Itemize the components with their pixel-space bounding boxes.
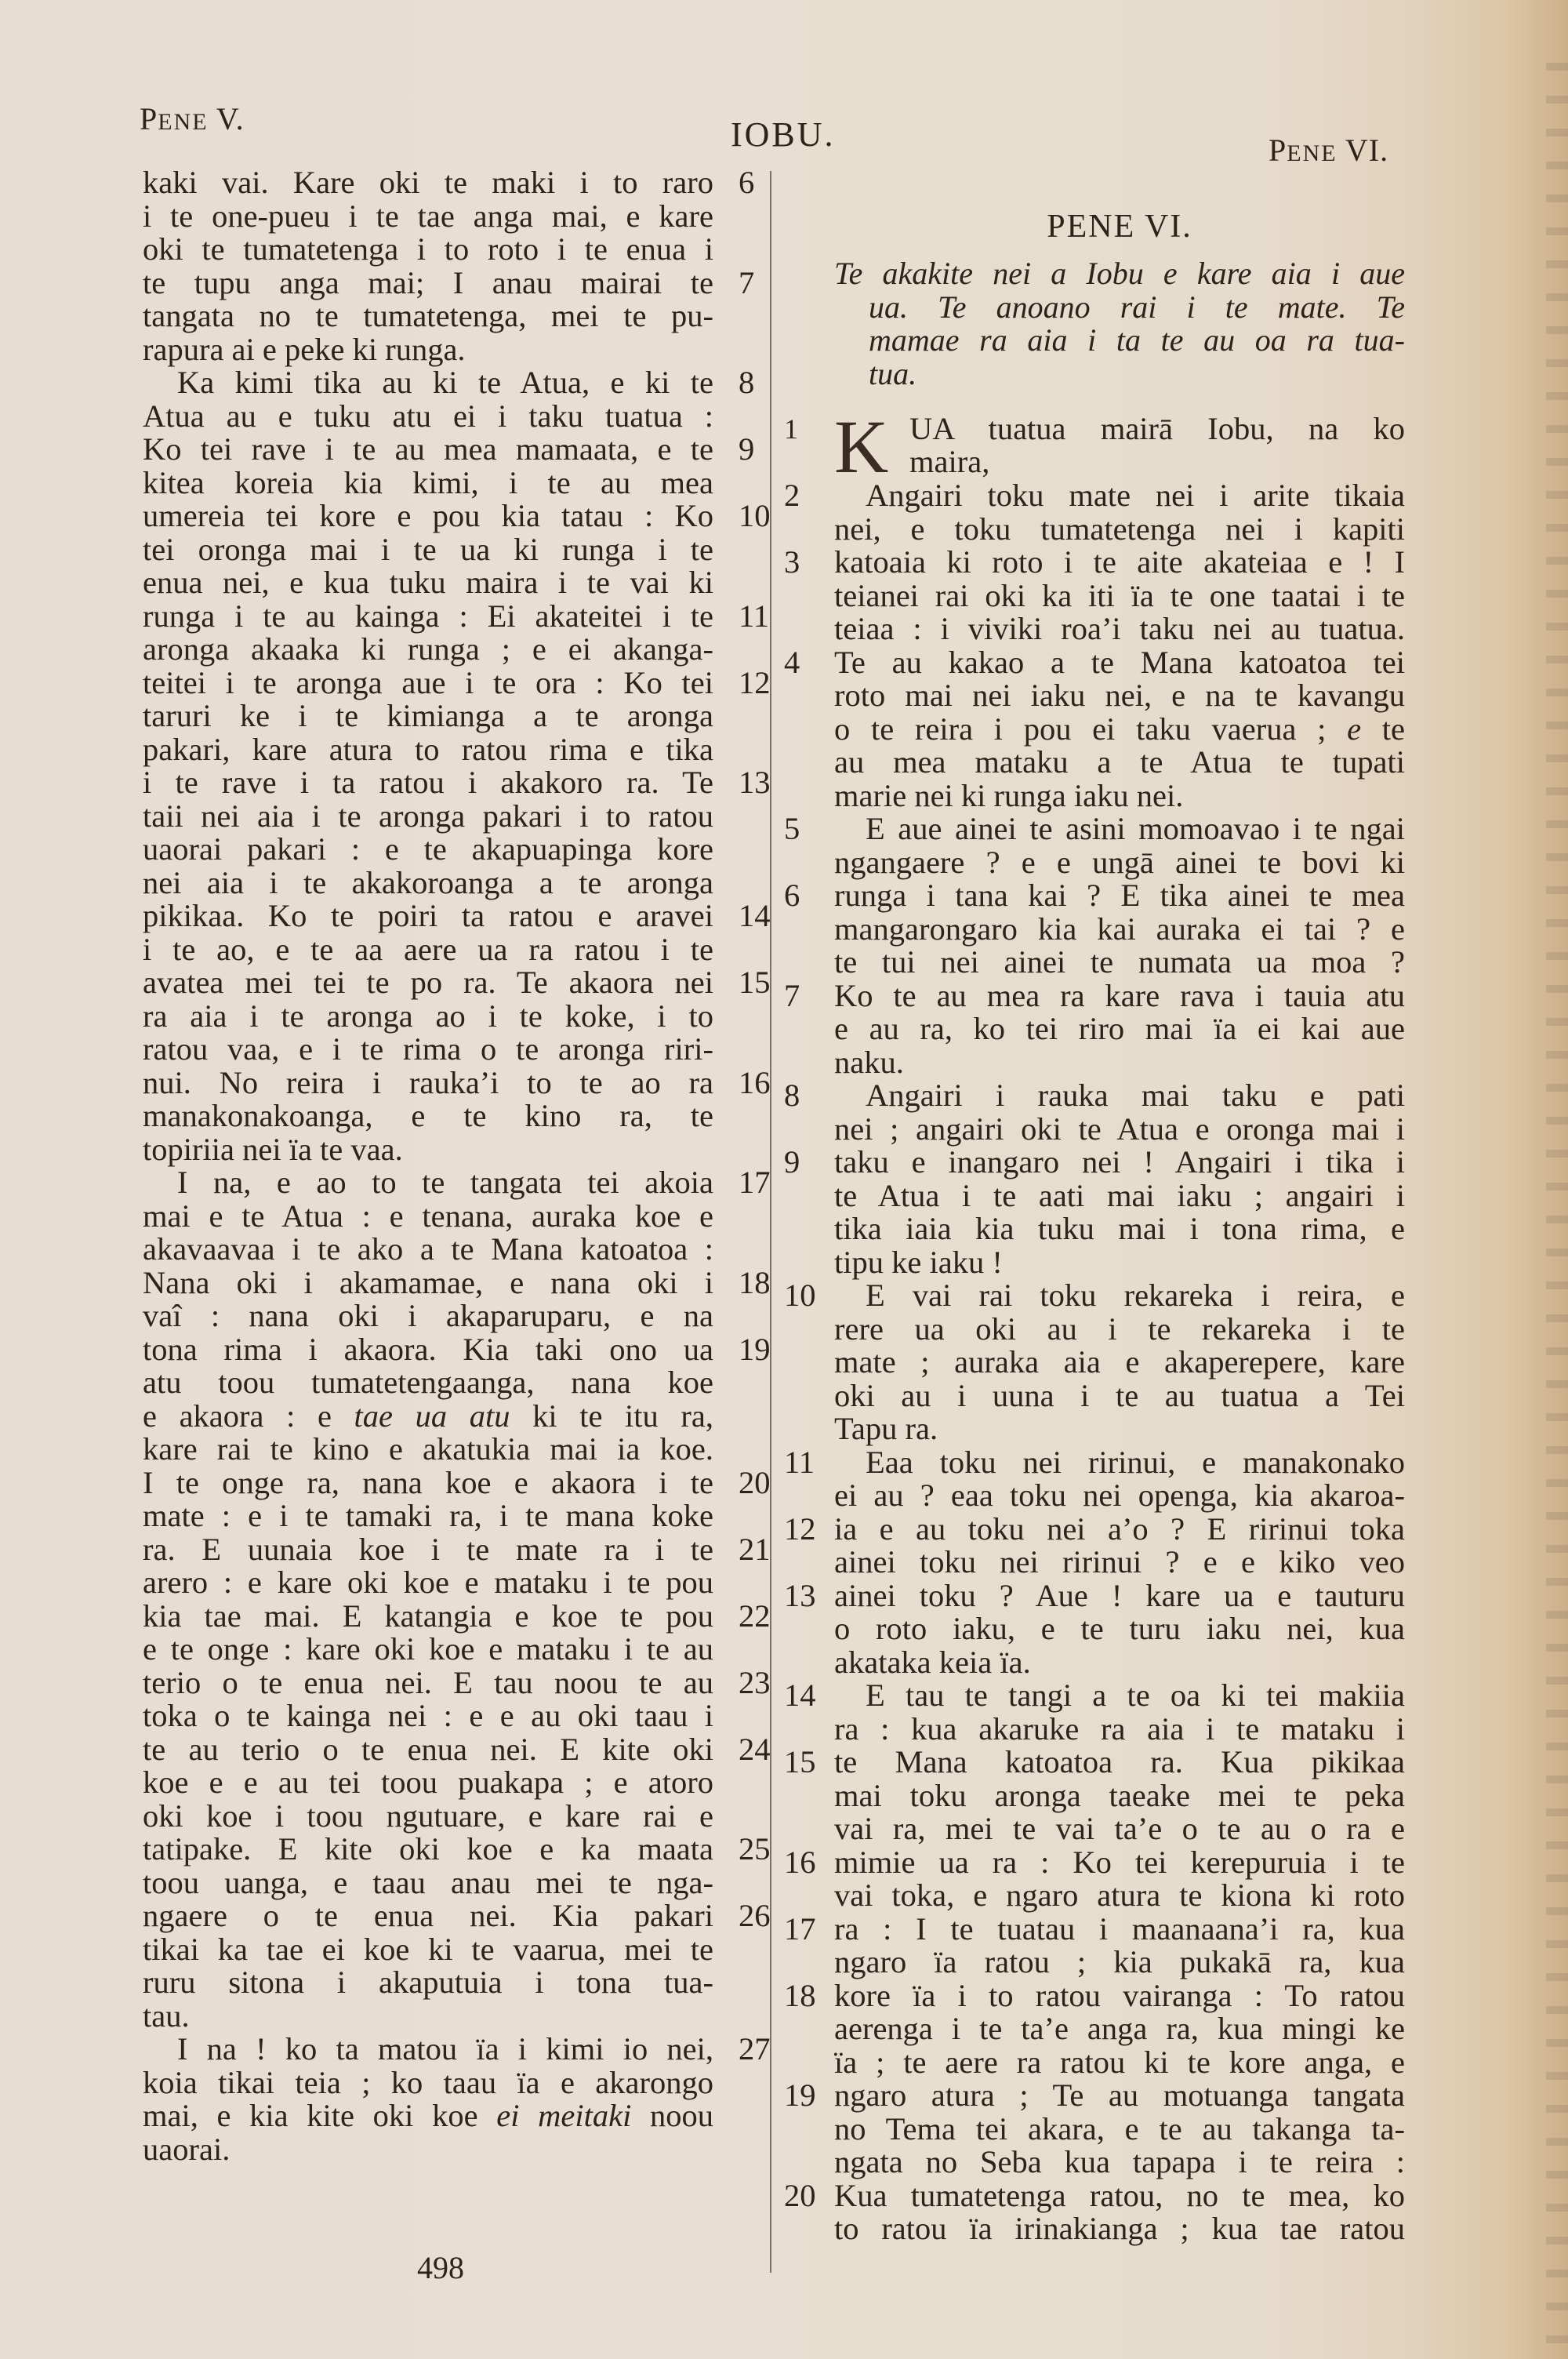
text-line: vaî : nana oki i akaparuparu, e na: [143, 1299, 746, 1333]
text-line: vai ra, mei te vai ta’e o te au o ra e: [784, 1812, 1411, 1846]
text-line: ra : I te tuatau i maanaana’i ra, kua17: [784, 1913, 1411, 1946]
line-text: nui. No reira i rauka’i to te ao ra: [143, 1067, 713, 1100]
verse-number: 6: [739, 166, 754, 200]
line-text: tona rima i akaora. Kia taki ono ua: [143, 1333, 713, 1367]
line-text: te tui nei ainei te numata ua moa ?: [834, 946, 1405, 980]
line-text: ra : kua akaruke ra aia i te mataku i: [834, 1713, 1405, 1747]
text-line: naku.: [784, 1046, 1411, 1080]
verse-number: 10: [739, 500, 771, 533]
text-line: e au ra, ko tei riro mai ïa ei kai aue: [784, 1012, 1411, 1046]
text-line: au mea mataku a te Atua te tupati: [784, 746, 1411, 780]
verse-number: 27: [739, 2033, 771, 2066]
verse-number: 16: [784, 1846, 825, 1880]
line-text: ia e au toku nei a’o ? E ririnui toka: [834, 1513, 1405, 1547]
text-line: mai toku aronga taeake mei te peka: [784, 1779, 1411, 1813]
line-text: ra : I te tuatau i maanaana’i ra, kua: [834, 1913, 1405, 1946]
text-line: teiaa : i viviki roa’i taku nei au tuatu…: [784, 612, 1411, 646]
line-text: runga i te au kainga : Ei akateitei i te: [143, 600, 713, 634]
line-text: marie nei ki runga iaku nei.: [834, 780, 1405, 813]
line-text: oki koe i toou ngutuare, e kare rai e: [143, 1800, 713, 1834]
page-number: 498: [417, 2249, 464, 2286]
line-text: Atua au e tuku atu ei i taku tuatua :: [143, 400, 713, 434]
text-line: te Atua i te aati mai iaku ; angairi i: [784, 1179, 1411, 1213]
text-line: te Mana katoatoa ra. Kua pikikaa15: [784, 1746, 1411, 1779]
text-line: aerenga i te ta’e anga ra, kua mingi ke: [784, 2012, 1411, 2046]
verse-number: 8: [739, 366, 754, 400]
line-text: mate : e i te tamaki ra, i te mana koke: [143, 1499, 713, 1533]
verse-number: 13: [784, 1579, 825, 1613]
text-line: E aue ainei te asini momoavao i te ngai5: [784, 812, 1411, 846]
text-line: ngata no Seba kua tapapa i te reira :: [784, 2146, 1411, 2179]
line-text: e au ra, ko tei riro mai ïa ei kai aue: [834, 1012, 1405, 1046]
line-text: vaî : nana oki i akaparuparu, e na: [143, 1299, 713, 1333]
line-text: I te onge ra, nana koe e akaora i te: [143, 1467, 713, 1500]
text-line: te tui nei ainei te numata ua moa ?: [784, 946, 1411, 980]
line-text: ïa ; te aere ra ratou ki te kore anga, e: [834, 2046, 1405, 2080]
verse-number: 19: [784, 2079, 825, 2113]
verse-number: 12: [784, 1513, 825, 1547]
verse-number: 17: [739, 1166, 771, 1200]
line-text: ngaro ïa ratou ; kia pukakā ra, kua: [834, 1946, 1405, 1979]
text-line: Angairi i rauka mai taku e pati8: [784, 1079, 1411, 1113]
line-text: atu toou tumatetengaanga, nana koe: [143, 1366, 713, 1400]
verse-number: 19: [739, 1333, 771, 1367]
right-column-lines: Angairi toku mate nei i arite tikaia2nei…: [784, 479, 1411, 2246]
verse-number: 7: [739, 267, 754, 300]
line-text: kaki vai. Kare oki te maki i to raro: [143, 166, 713, 200]
text-segment: noou: [631, 2098, 713, 2133]
verse-number: 23: [739, 1667, 771, 1700]
text-line: ra. E uunaia koe i te mate ra i te21: [143, 1533, 746, 1567]
line-text: tei oronga mai i te ua ki runga i te: [143, 533, 713, 567]
text-line: ruru sitona i akaputuia i tona tua-: [143, 1966, 746, 2000]
text-line: koe e e au tei toou puakapa ; e atoro: [143, 1766, 746, 1800]
running-head-left-cap: P: [140, 101, 158, 136]
italic-text: tae ua atu: [354, 1398, 510, 1434]
line-text: tau.: [143, 2000, 713, 2034]
text-line: E tau te tangi a te oa ki tei makiia14: [784, 1679, 1411, 1713]
line-text: vai ra, mei te vai ta’e o te au o ra e: [834, 1812, 1405, 1846]
line-text: no Tema tei akara, e te au takanga ta-: [834, 2113, 1405, 2146]
line-text: Angairi i rauka mai taku e pati: [834, 1079, 1405, 1113]
summary-line: Te akakite nei a Iobu e kare aia i aue: [834, 257, 1405, 291]
line-text: ra. E uunaia koe i te mate ra i te: [143, 1533, 713, 1567]
text-line: akavaavaa i te ako a te Mana katoatoa :: [143, 1233, 746, 1267]
line-text: Te au kakao a te Mana katoatoa tei: [834, 646, 1405, 680]
text-segment: te: [1361, 711, 1405, 747]
summary-line: tua.: [834, 358, 1405, 391]
line-text: teiaa : i viviki roa’i taku nei au tuatu…: [834, 612, 1405, 646]
text-line: tika iaia kia tuku mai i tona rima, e: [784, 1212, 1411, 1246]
line-text: E aue ainei te asini momoavao i te ngai: [834, 812, 1405, 846]
verse-number: 10: [784, 1279, 825, 1313]
text-line: rere ua oki au i te rekareka i te: [784, 1313, 1411, 1347]
line-text: naku.: [834, 1046, 1405, 1080]
line-text: pikikaa. Ko te poiri ta ratou e aravei: [143, 900, 713, 933]
verse-number: 22: [739, 1600, 771, 1634]
line-text: e akaora : e tae ua atu ki te itu ra,: [143, 1400, 713, 1434]
text-line: runga i tana kai ? E tika ainei te mea6: [784, 879, 1411, 913]
line-text: I na ! ko ta matou ïa i kimi io nei,: [143, 2033, 713, 2066]
line-text: manakonakoanga, e te kino ra, te: [143, 1100, 713, 1133]
text-line: mai, e kia kite oki koe ei meitaki noou: [143, 2099, 746, 2133]
text-line: ei au ? eaa toku nei openga, kia akaroa-: [784, 1479, 1411, 1513]
verse-number: 25: [739, 1833, 771, 1866]
verse-number: 9: [784, 1146, 825, 1179]
text-line: kitea koreia kia kimi, i te au mea: [143, 467, 746, 500]
line-text: Eaa toku nei ririnui, e manakonako: [834, 1446, 1405, 1480]
text-line: Tapu ra.: [784, 1412, 1411, 1446]
running-head-left-smallcaps: ENE: [158, 109, 208, 135]
line-text: kore ïa i to ratou vairanga : To ratou: [834, 1979, 1405, 2013]
line-text: tikai ka tae ei koe ki te vaarua, mei te: [143, 1933, 713, 1967]
text-line: ngaere o te enua nei. Kia pakari26: [143, 1899, 746, 1933]
text-line: umereia tei kore e pou kia tatau : Ko10: [143, 500, 746, 533]
line-text: katoaia ki roto i te aite akateiaa e ! I: [834, 546, 1405, 580]
text-line: I te onge ra, nana koe e akaora i te20: [143, 1467, 746, 1500]
text-line: I na, e ao to te tangata tei akoia17: [143, 1166, 746, 1200]
verse-line: maira,: [909, 445, 989, 479]
verse-number: 14: [739, 900, 771, 933]
verse-number: 24: [739, 1733, 771, 1767]
verse-number: 21: [739, 1533, 771, 1567]
text-line: arero : e kare oki koe e mataku i te pou: [143, 1566, 746, 1600]
verse-number: 16: [739, 1067, 771, 1100]
text-line: enua nei, e kua tuku maira i te vai ki: [143, 566, 746, 600]
line-text: au mea mataku a te Atua te tupati: [834, 746, 1405, 780]
text-line: oki au i uuna i te au tuatua a Tei: [784, 1379, 1411, 1413]
text-line: kore ïa i to ratou vairanga : To ratou18: [784, 1979, 1411, 2013]
text-line: o te reira i pou ei taku vaerua ; e te: [784, 713, 1411, 747]
verse-number: 12: [739, 667, 771, 700]
text-line: aronga akaaka ki runga ; e ei akanga-: [143, 633, 746, 667]
text-line: ngaro ïa ratou ; kia pukakā ra, kua: [784, 1946, 1411, 1979]
line-text: mangarongaro kia kai auraka ei tai ? e: [834, 913, 1405, 947]
verse-number: 11: [784, 1446, 825, 1480]
next-page-edge: [1546, 63, 1568, 2359]
line-text: pakari, kare atura to ratou rima e tika: [143, 733, 713, 767]
line-text: e te onge : kare oki koe e mataku i te a…: [143, 1633, 713, 1667]
verse-number: 3: [784, 546, 825, 580]
text-line: tau.: [143, 2000, 746, 2034]
text-segment: ki te itu ra,: [510, 1398, 714, 1434]
text-line: mate : e i te tamaki ra, i te mana koke: [143, 1499, 746, 1533]
verse-number: 2: [784, 479, 825, 513]
text-line: ngaro atura ; Te au motuanga tangata19: [784, 2079, 1411, 2113]
text-line: taii nei aia i te aronga pakari i to rat…: [143, 800, 746, 834]
text-line: i te ao, e te aa aere ua ra ratou i te: [143, 933, 746, 967]
line-text: ngata no Seba kua tapapa i te reira :: [834, 2146, 1405, 2179]
text-line: I na ! ko ta matou ïa i kimi io nei,27: [143, 2033, 746, 2066]
italic-text: ei meitaki: [496, 2098, 631, 2133]
text-line: Ko te au mea ra kare rava i tauia atu7: [784, 980, 1411, 1013]
text-line: teianei rai oki ka iti ïa te one taatai …: [784, 580, 1411, 613]
line-text: akavaavaa i te ako a te Mana katoatoa :: [143, 1233, 713, 1267]
line-text: uaorai pakari : e te akapuapinga kore: [143, 833, 713, 867]
line-text: koia tikai teia ; ko taau ïa e akarongo: [143, 2066, 713, 2100]
text-line: mate ; auraka aia e akaperepere, kare: [784, 1346, 1411, 1379]
line-text: runga i tana kai ? E tika ainei te mea: [834, 879, 1405, 913]
running-head-right-rest: VI.: [1338, 133, 1388, 168]
line-text: Tapu ra.: [834, 1412, 1405, 1446]
line-text: nei, e toku tumatetenga nei i kapiti: [834, 513, 1405, 547]
text-line: Te au kakao a te Mana katoatoa tei4: [784, 646, 1411, 680]
text-segment: e akaora : e: [143, 1398, 354, 1434]
text-line: Ko tei rave i te au mea mamaata, e te9: [143, 433, 746, 467]
text-line: Angairi toku mate nei i arite tikaia2: [784, 479, 1411, 513]
line-text: rere ua oki au i te rekareka i te: [834, 1313, 1405, 1347]
text-line: tatipake. E kite oki koe e ka maata25: [143, 1833, 746, 1866]
line-text: akataka keia ïa.: [834, 1646, 1405, 1680]
line-text: ngaro atura ; Te au motuanga tangata: [834, 2079, 1405, 2113]
summary-line: mamae ra aia i ta te au oa ra tua-: [834, 324, 1405, 358]
text-line: E vai rai toku rekareka i reira, e10: [784, 1279, 1411, 1313]
summary-line: ua. Te anoano rai i te mate. Te: [834, 291, 1405, 325]
line-text: Ka kimi tika au ki te Atua, e ki te: [143, 366, 713, 400]
verse-number: 15: [739, 966, 771, 1000]
text-line: Atua au e tuku atu ei i taku tuatua :: [143, 400, 746, 434]
text-line: tipu ke iaku !: [784, 1246, 1411, 1280]
text-line: kare rai te kino e akatukia mai ia koe.: [143, 1433, 746, 1467]
line-text: I na, e ao to te tangata tei akoia: [143, 1166, 713, 1200]
text-line: o roto iaku, e te turu iaku nei, kua: [784, 1612, 1411, 1646]
line-text: arero : e kare oki koe e mataku i te pou: [143, 1566, 713, 1600]
running-head-left-rest: V.: [209, 101, 245, 136]
text-line: akataka keia ïa.: [784, 1646, 1411, 1680]
text-line: ia e au toku nei a’o ? E ririnui toka12: [784, 1513, 1411, 1547]
line-text: teitei i te aronga aue i te ora : Ko tei: [143, 667, 713, 700]
verse-number: 20: [739, 1467, 771, 1500]
text-line: runga i te au kainga : Ei akateitei i te…: [143, 600, 746, 634]
line-text: taii nei aia i te aronga pakari i to rat…: [143, 800, 713, 834]
line-text: teianei rai oki ka iti ïa te one taatai …: [834, 580, 1405, 613]
line-text: ainei toku ? Aue ! kare ua e tauturu: [834, 1579, 1405, 1613]
line-text: i te one-pueu i te tae anga mai, e kare: [143, 200, 713, 234]
line-text: te tupu anga mai; I anau mairai te: [143, 267, 713, 300]
line-text: aerenga i te ta’e anga ra, kua mingi ke: [834, 2012, 1405, 2046]
verse-number: 15: [784, 1746, 825, 1779]
text-line: no Tema tei akara, e te au takanga ta-: [784, 2113, 1411, 2146]
running-head-right-cap: P: [1269, 133, 1287, 168]
text-line: te tupu anga mai; I anau mairai te7: [143, 267, 746, 300]
verse-number: 13: [739, 766, 771, 800]
text-segment: mai, e kia kite oki koe: [143, 2098, 496, 2133]
text-line: oki te tumatetenga i to roto i te enua i: [143, 233, 746, 267]
line-text: ratou vaa, e i te rima o te aronga riri-: [143, 1033, 713, 1067]
text-line: nei aia i te akakoroanga a te aronga: [143, 867, 746, 900]
text-line: e akaora : e tae ua atu ki te itu ra,: [143, 1400, 746, 1434]
text-line: koia tikai teia ; ko taau ïa e akarongo: [143, 2066, 746, 2100]
line-text: i te ao, e te aa aere ua ra ratou i te: [143, 933, 713, 967]
verse-number: 9: [739, 433, 754, 467]
line-text: te Mana katoatoa ra. Kua pikikaa: [834, 1746, 1405, 1779]
line-text: avatea mei tei te po ra. Te akaora nei: [143, 966, 713, 1000]
text-line: marie nei ki runga iaku nei.: [784, 780, 1411, 813]
text-line: mimie ua ra : Ko tei kerepuruia i te16: [784, 1846, 1411, 1880]
text-line: to ratou ïa irinakianga ; kua tae ratou: [784, 2212, 1411, 2246]
verse-number: 4: [784, 646, 825, 680]
text-line: kaki vai. Kare oki te maki i to raro6: [143, 166, 746, 200]
line-text: E vai rai toku rekareka i reira, e: [834, 1279, 1405, 1313]
text-line: ainei toku ? Aue ! kare ua e tauturu13: [784, 1579, 1411, 1613]
text-line: vai toka, e ngaro atura te kiona ki roto: [784, 1879, 1411, 1913]
verse-number: 5: [784, 812, 825, 846]
chapter-summary: Te akakite nei a Iobu e kare aia i aueua…: [834, 257, 1405, 391]
text-segment: o te reira i pou ei taku vaerua ;: [834, 711, 1347, 747]
text-line: e te onge : kare oki koe e mataku i te a…: [143, 1633, 746, 1667]
line-text: tipu ke iaku !: [834, 1246, 1405, 1280]
text-line: tangata no te tumatetenga, mei te pu-: [143, 300, 746, 333]
line-text: Angairi toku mate nei i arite tikaia: [834, 479, 1405, 513]
text-line: uaorai.: [143, 2133, 746, 2167]
line-text: mai toku aronga taeake mei te peka: [834, 1779, 1405, 1813]
text-line: taruri ke i te kimianga a te aronga: [143, 700, 746, 733]
book-title: IOBU.: [731, 114, 836, 154]
line-text: ngaere o te enua nei. Kia pakari: [143, 1899, 713, 1933]
text-line: avatea mei tei te po ra. Te akaora nei15: [143, 966, 746, 1000]
text-line: katoaia ki roto i te aite akateiaa e ! I…: [784, 546, 1411, 580]
line-text: tika iaia kia tuku mai i tona rima, e: [834, 1212, 1405, 1246]
line-text: toka o te kainga nei : e e au oki taau i: [143, 1699, 713, 1733]
line-text: toou uanga, e taau anau mei te nga-: [143, 1866, 713, 1900]
text-line: kia tae mai. E katangia e koe te pou22: [143, 1600, 746, 1634]
line-text: te Atua i te aati mai iaku ; angairi i: [834, 1179, 1405, 1213]
text-line: taku e inangaro nei ! Angairi i tika i9: [784, 1146, 1411, 1179]
text-line: topiriia nei ïa te vaa.: [143, 1133, 746, 1167]
text-line: mai e te Atua : e tenana, auraka koe e: [143, 1200, 746, 1234]
line-text: topiriia nei ïa te vaa.: [143, 1133, 713, 1167]
verse-number: 7: [784, 980, 825, 1013]
text-line: uaorai pakari : e te akapuapinga kore: [143, 833, 746, 867]
text-line: te au terio o te enua nei. E kite oki24: [143, 1733, 746, 1767]
line-text: o te reira i pou ei taku vaerua ; e te: [834, 713, 1405, 747]
text-line: roto mai nei iaku nei, e na te kavangu: [784, 679, 1411, 713]
line-text: oki te tumatetenga i to roto i te enua i: [143, 233, 713, 267]
verse-number: 18: [739, 1267, 771, 1300]
text-line: nui. No reira i rauka’i to te ao ra16: [143, 1067, 746, 1100]
verse-number: 17: [784, 1913, 825, 1946]
text-line: Kua tumatetenga ratou, no te mea, ko20: [784, 2179, 1411, 2213]
line-text: i te rave i ta ratou i akakoro ra. Te: [143, 766, 713, 800]
running-head-right: PENE VI.: [1269, 132, 1388, 169]
text-line: ra : kua akaruke ra aia i te mataku i: [784, 1713, 1411, 1747]
line-text: kare rai te kino e akatukia mai ia koe.: [143, 1433, 713, 1467]
verse-number: 26: [739, 1899, 771, 1933]
text-line: i te one-pueu i te tae anga mai, e kare: [143, 200, 746, 234]
line-text: ra aia i te aronga ao i te koke, i to: [143, 1000, 713, 1034]
line-text: vai toka, e ngaro atura te kiona ki roto: [834, 1879, 1405, 1913]
drop-cap-letter: K: [834, 409, 888, 485]
verse-number: 18: [784, 1979, 825, 2013]
line-text: kia tae mai. E katangia e koe te pou: [143, 1600, 713, 1634]
text-line: oki koe i toou ngutuare, e kare rai e: [143, 1800, 746, 1834]
right-column-text: PENE VI. Te akakite nei a Iobu e kare ai…: [784, 210, 1411, 2246]
line-text: oki au i uuna i te au tuatua a Tei: [834, 1379, 1405, 1413]
text-line: ainei toku nei ririnui ? e e kiko veo: [784, 1546, 1411, 1579]
verse-number: 1: [784, 413, 825, 446]
verse-number: 20: [784, 2179, 825, 2213]
text-line: tei oronga mai i te ua ki runga i te: [143, 533, 746, 567]
text-line: nei, e toku tumatetenga nei i kapiti: [784, 513, 1411, 547]
line-text: Ko tei rave i te au mea mamaata, e te: [143, 433, 713, 467]
line-text: nei ; angairi oki te Atua e oronga mai i: [834, 1113, 1405, 1147]
line-text: ngangaere ? e e ungā ainei te bovi ki: [834, 846, 1405, 880]
italic-text: e: [1347, 711, 1361, 747]
line-text: taku e inangaro nei ! Angairi i tika i: [834, 1146, 1405, 1179]
line-text: mimie ua ra : Ko tei kerepuruia i te: [834, 1846, 1405, 1880]
text-line: ra aia i te aronga ao i te koke, i to: [143, 1000, 746, 1034]
text-line: manakonakoanga, e te kino ra, te: [143, 1100, 746, 1133]
text-line: rapura ai e peke ki runga.: [143, 333, 746, 367]
line-text: ainei toku nei ririnui ? e e kiko veo: [834, 1546, 1405, 1579]
line-text: koe e e au tei toou puakapa ; e atoro: [143, 1766, 713, 1800]
chapter-heading: PENE VI.: [834, 210, 1405, 257]
line-text: aronga akaaka ki runga ; e ei akanga-: [143, 633, 713, 667]
line-text: mai, e kia kite oki koe ei meitaki noou: [143, 2099, 713, 2133]
text-line: ngangaere ? e e ungā ainei te bovi ki: [784, 846, 1411, 880]
verse-number: 8: [784, 1079, 825, 1113]
line-text: umereia tei kore e pou kia tatau : Ko: [143, 500, 713, 533]
verse-number: 6: [784, 879, 825, 913]
text-line: ïa ; te aere ra ratou ki te kore anga, e: [784, 2046, 1411, 2080]
line-text: terio o te enua nei. E tau noou te au: [143, 1667, 713, 1700]
text-line: nei ; angairi oki te Atua e oronga mai i: [784, 1113, 1411, 1147]
line-text: Kua tumatetenga ratou, no te mea, ko: [834, 2179, 1405, 2213]
text-line: atu toou tumatetengaanga, nana koe: [143, 1366, 746, 1400]
running-head-right-smallcaps: ENE: [1287, 140, 1337, 166]
text-line: terio o te enua nei. E tau noou te au23: [143, 1667, 746, 1700]
line-text: mai e te Atua : e tenana, auraka koe e: [143, 1200, 713, 1234]
line-text: Ko te au mea ra kare rava i tauia atu: [834, 980, 1405, 1013]
line-text: kitea koreia kia kimi, i te au mea: [143, 467, 713, 500]
line-text: E tau te tangi a te oa ki tei makiia: [834, 1679, 1405, 1713]
verse-1-opening: 1 K UA tuatua mairā Iobu, na ko maira,: [784, 413, 1411, 479]
line-text: te au terio o te enua nei. E kite oki: [143, 1733, 713, 1767]
text-line: i te rave i ta ratou i akakoro ra. Te13: [143, 766, 746, 800]
line-text: to ratou ïa irinakianga ; kua tae ratou: [834, 2212, 1405, 2246]
line-text: enua nei, e kua tuku maira i te vai ki: [143, 566, 713, 600]
left-column-text: kaki vai. Kare oki te maki i to raro6i t…: [143, 166, 746, 2166]
text-line: toka o te kainga nei : e e au oki taau i: [143, 1699, 746, 1733]
text-line: tona rima i akaora. Kia taki ono ua19: [143, 1333, 746, 1367]
line-text: tatipake. E kite oki koe e ka maata: [143, 1833, 713, 1866]
text-line: Nana oki i akamamae, e nana oki i18: [143, 1267, 746, 1300]
line-text: taruri ke i te kimianga a te aronga: [143, 700, 713, 733]
running-head-left: PENE V.: [140, 100, 245, 137]
line-text: ruru sitona i akaputuia i tona tua-: [143, 1966, 713, 2000]
line-text: roto mai nei iaku nei, e na te kavangu: [834, 679, 1405, 713]
text-line: pikikaa. Ko te poiri ta ratou e aravei14: [143, 900, 746, 933]
text-line: teitei i te aronga aue i te ora : Ko tei…: [143, 667, 746, 700]
verse-number: 11: [739, 600, 769, 634]
text-line: Eaa toku nei ririnui, e manakonako11: [784, 1446, 1411, 1480]
text-line: ratou vaa, e i te rima o te aronga riri-: [143, 1033, 746, 1067]
line-text: nei aia i te akakoroanga a te aronga: [143, 867, 713, 900]
line-text: uaorai.: [143, 2133, 713, 2167]
column-divider-rule: [770, 171, 771, 2273]
line-text: ei au ? eaa toku nei openga, kia akaroa-: [834, 1479, 1405, 1513]
line-text: Nana oki i akamamae, e nana oki i: [143, 1267, 713, 1300]
line-text: rapura ai e peke ki runga.: [143, 333, 713, 367]
line-text: tangata no te tumatetenga, mei te pu-: [143, 300, 713, 333]
line-text: o roto iaku, e te turu iaku nei, kua: [834, 1612, 1405, 1646]
text-line: tikai ka tae ei koe ki te vaarua, mei te: [143, 1933, 746, 1967]
text-line: mangarongaro kia kai auraka ei tai ? e: [784, 913, 1411, 947]
text-line: pakari, kare atura to ratou rima e tika: [143, 733, 746, 767]
line-text: mate ; auraka aia e akaperepere, kare: [834, 1346, 1405, 1379]
text-line: toou uanga, e taau anau mei te nga-: [143, 1866, 746, 1900]
verse-number: 14: [784, 1679, 825, 1713]
